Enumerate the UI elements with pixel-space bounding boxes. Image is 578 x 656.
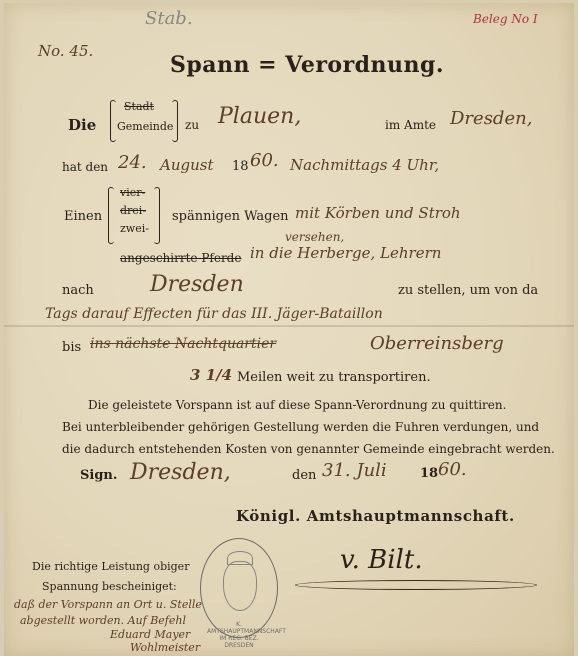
zu-label: zu	[185, 118, 199, 132]
pencil-annotation: Stab.	[145, 8, 193, 29]
destination-handwritten: Dresden	[150, 272, 244, 297]
year-printed: 18	[232, 159, 249, 174]
route-handwritten: ins nächste Nachtquartier	[90, 336, 276, 352]
option-gemeinde: Gemeinde	[117, 120, 173, 133]
die-label: Die	[68, 116, 96, 134]
receipt-hand-4: Wohlmeister	[130, 641, 200, 654]
receipt-hand-3: Eduard Mayer	[110, 628, 190, 641]
official-stamp: K. AMTSHAUPTMANNSCHAFT IM REG. BEZ. DRES…	[200, 538, 278, 638]
option-vier-struck: vier-	[120, 186, 145, 199]
notice-line-3: die dadurch entstehenden Kosten von gena…	[62, 442, 555, 456]
paper-fold-line	[4, 325, 574, 327]
signed-year-printed: 18	[420, 466, 438, 481]
distance-printed: Meilen weit zu transportiren.	[237, 370, 431, 385]
purpose-handwritten: Tags darauf Effecten für das III. Jäger-…	[45, 306, 383, 322]
wagon-handwritten: mit Körben und Stroh	[295, 204, 461, 222]
amt-handwritten: Dresden,	[450, 108, 532, 129]
place-handwritten: Plauen,	[218, 104, 301, 129]
left-brace	[110, 100, 116, 142]
notice-line-1: Die geleistete Vorspann ist auf diese Sp…	[88, 398, 506, 412]
document-paper	[4, 3, 574, 656]
receipt-hand-1: daß der Vorspann an Ort u. Stelle	[14, 598, 202, 611]
stamp-ring-text: K. AMTSHAUPTMANNSCHAFT IM REG. BEZ. DRES…	[207, 621, 271, 649]
pferde-handwritten: in die Herberge, Lehrern	[250, 244, 441, 262]
wagon-handwritten-2: versehen,	[285, 230, 344, 244]
signed-year-handwritten: 60.	[438, 459, 467, 480]
official-signature: v. Bilt.	[340, 545, 423, 575]
red-annotation: Beleg No I	[473, 12, 538, 26]
nach-label: nach	[62, 283, 94, 298]
zu-stellen-label: zu stellen, um von da	[398, 283, 538, 298]
den-label: den	[292, 468, 316, 483]
receipt-label-1: Die richtige Leistung obiger	[32, 560, 189, 573]
authority-title: Königl. Amtshauptmannschaft.	[236, 507, 515, 525]
signature-flourish	[295, 580, 537, 590]
right-brace	[154, 187, 160, 244]
im-amte-label: im Amte	[385, 118, 436, 132]
coat-of-arms-icon	[223, 561, 257, 611]
spaennigen-wagen-label: spännigen Wagen	[172, 209, 289, 224]
bis-label: bis	[62, 340, 81, 355]
receipt-hand-2: abgestellt worden. Auf Befehl	[20, 614, 186, 627]
month-handwritten: August	[160, 156, 213, 174]
hat-den-label: hat den	[62, 160, 108, 174]
year-handwritten: 60.	[250, 150, 279, 171]
notice-line-2: Bei unterbleibender gehörigen Gestellung…	[62, 420, 539, 434]
signed-date-handwritten: 31. Juli	[322, 460, 387, 481]
option-stadt-struck: Stadt	[124, 100, 154, 113]
einen-label: Einen	[64, 209, 102, 224]
sign-label: Sign.	[80, 468, 117, 483]
pferde-struck: angeschirrte Pferde	[120, 251, 241, 265]
right-brace	[172, 100, 178, 142]
signed-place-handwritten: Dresden,	[130, 460, 231, 485]
left-brace	[108, 187, 114, 244]
time-handwritten: Nachmittags 4 Uhr,	[290, 156, 439, 174]
document-title: Spann = Verordnung.	[170, 52, 444, 78]
route-destination-handwritten: Oberreinsberg	[370, 333, 504, 354]
option-drei-struck: drei-	[120, 204, 146, 217]
distance-handwritten: 3 1/4	[190, 366, 232, 384]
day-handwritten: 24.	[118, 152, 147, 173]
option-zwei: zwei-	[120, 222, 149, 235]
document-number: No. 45.	[38, 42, 93, 60]
receipt-label-2: Spannung bescheiniget:	[42, 580, 177, 593]
